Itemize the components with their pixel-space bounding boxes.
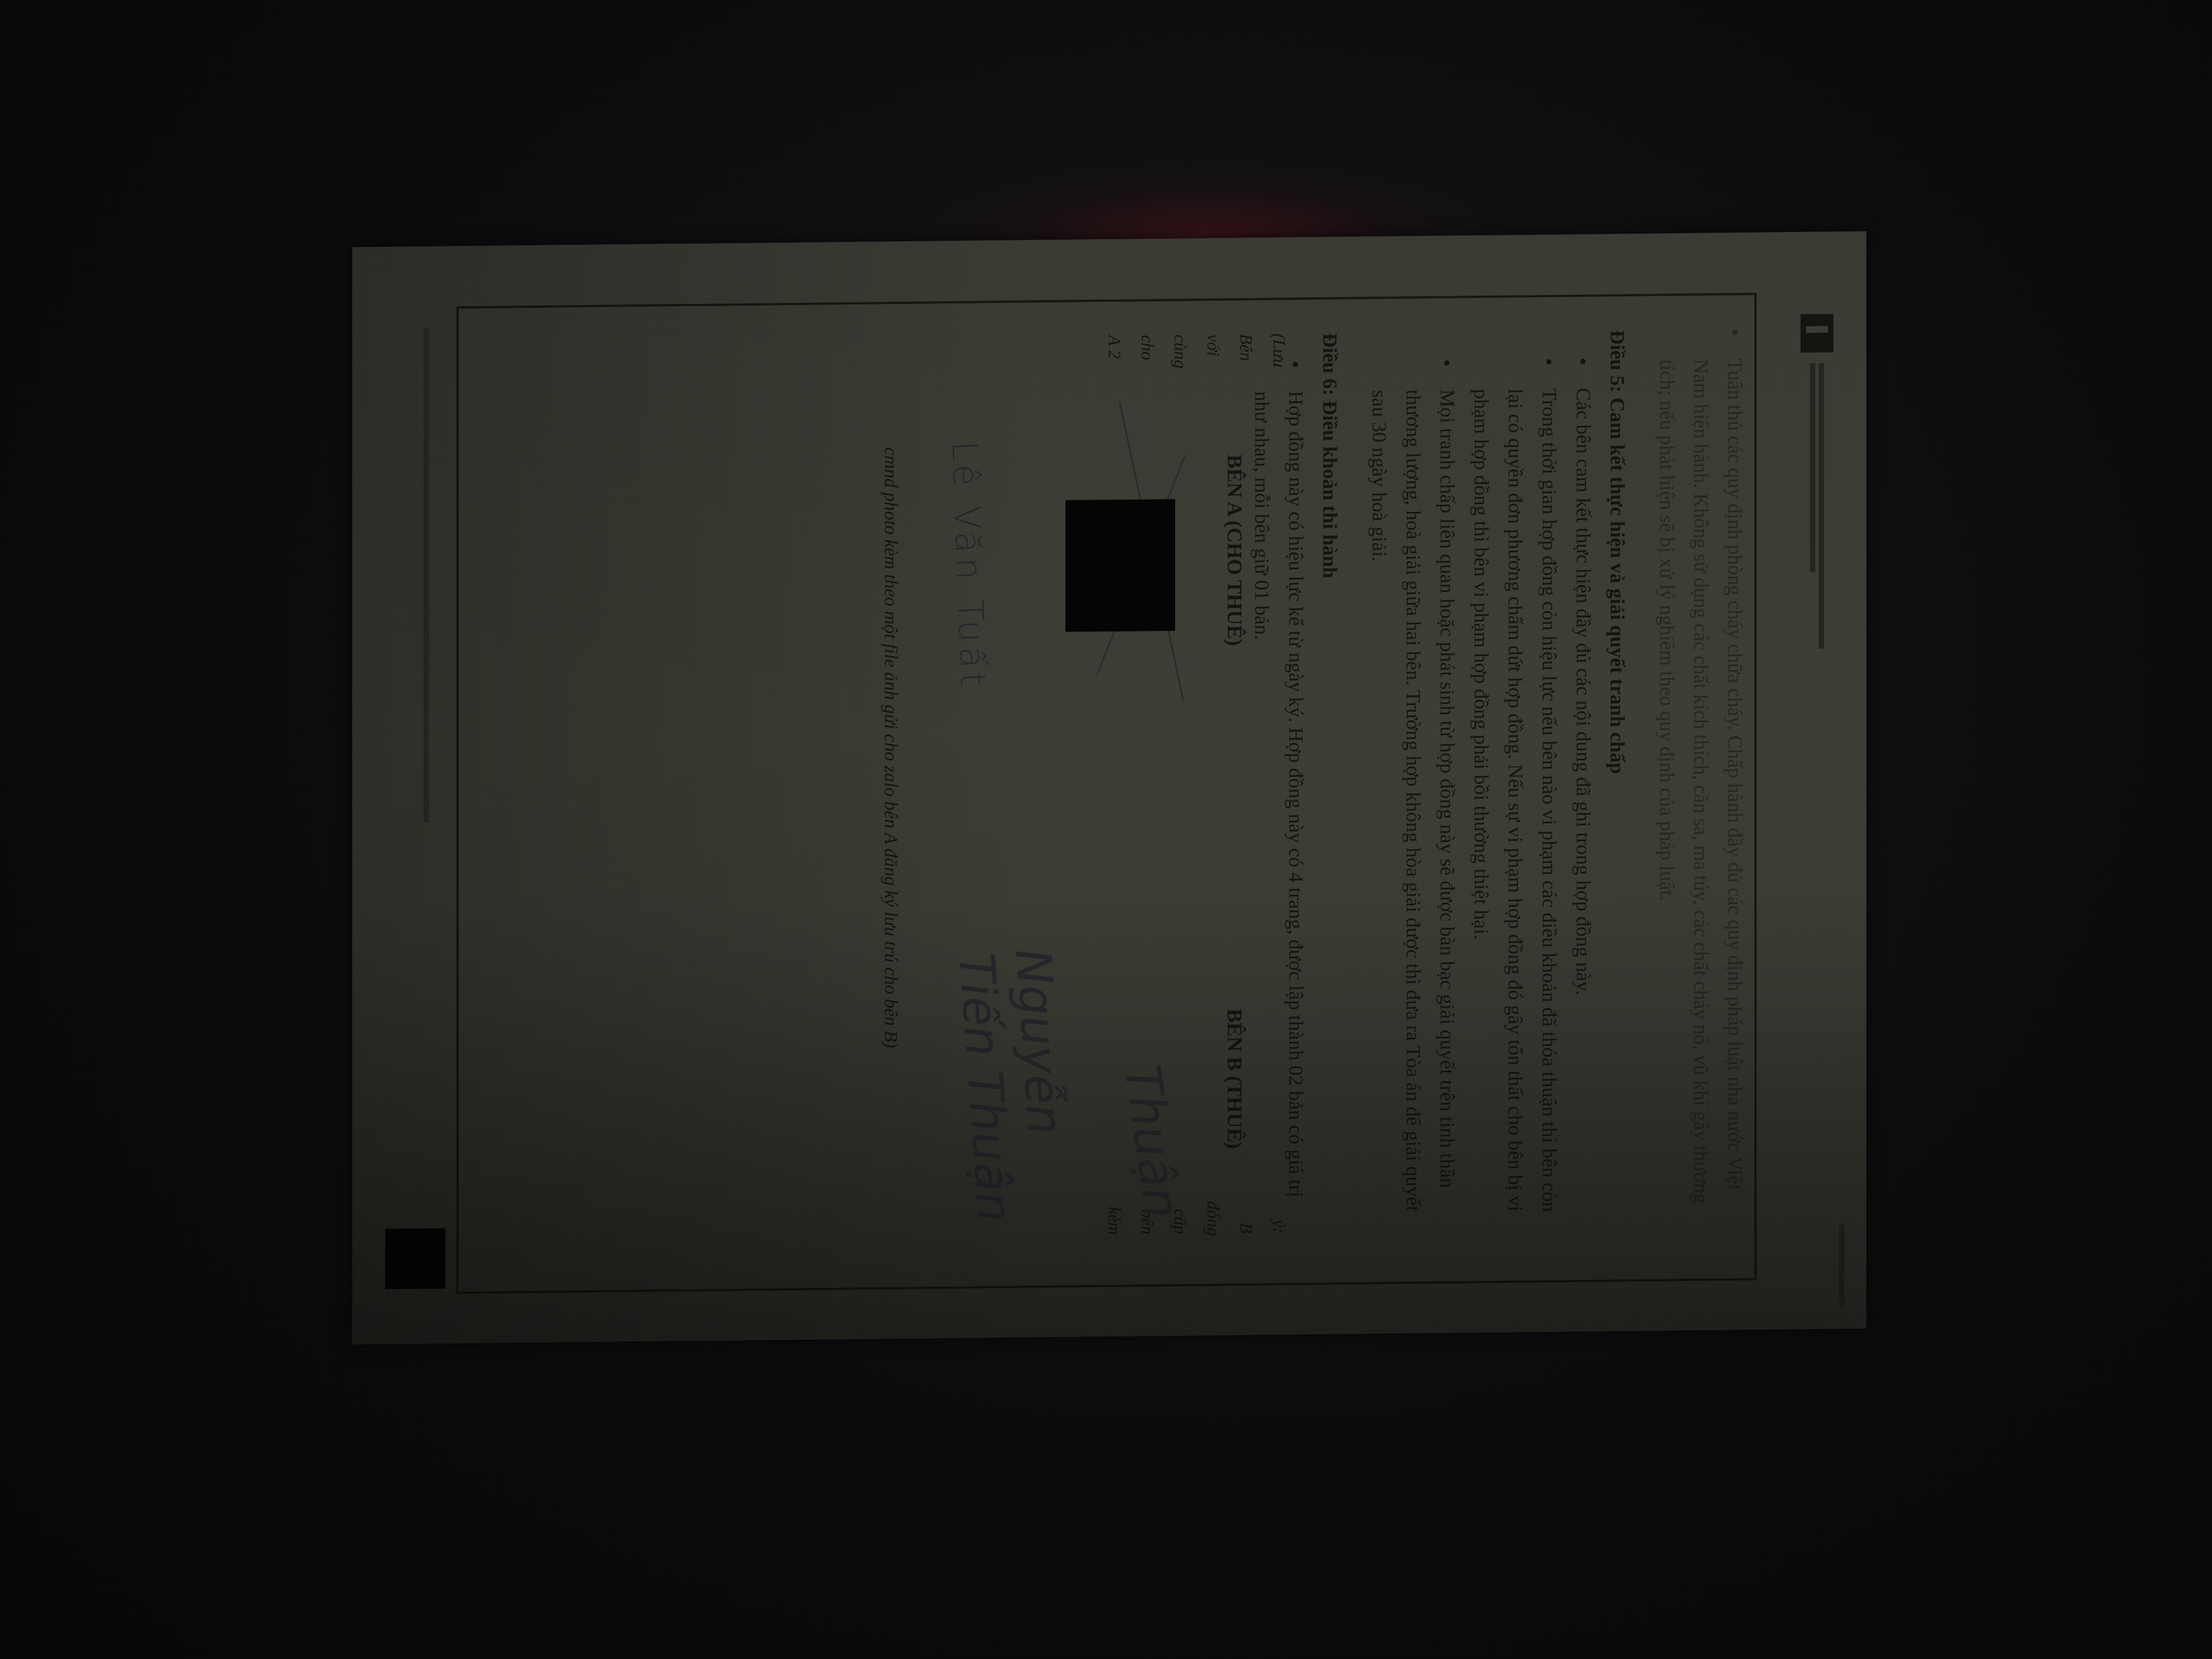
contract-body: Tuân thủ các quy định phòng cháy chữa ch…: [1244, 329, 1751, 1234]
contract-page: Tuân thủ các quy định phòng cháy chữa ch…: [352, 232, 1866, 1345]
company-logo-icon: [1801, 314, 1833, 353]
note-left-word: A 2: [1098, 335, 1131, 369]
note-right-word: ý:: [1263, 1200, 1296, 1233]
note-left-word: cùng: [1164, 334, 1197, 368]
note-column-left: (Lưu Bên với cùng cho A 2: [1098, 333, 1296, 368]
photo-document-wrapper: Tuân thủ các quy định phòng cháy chữa ch…: [352, 239, 1866, 1336]
company-info-lines: [1810, 363, 1824, 648]
signature-section: (Lưu Bên với cùng cho A 2 ý: B đóng cấp …: [802, 333, 1296, 1238]
note-right-word: đóng: [1197, 1201, 1230, 1234]
footnote-instruction: cmnd photo kèm theo một file ảnh gửi cho…: [880, 447, 901, 1048]
party-b-handwritten-name: Nguyễn Tiến Thuận: [948, 946, 1081, 1240]
intro-bullet: Tuân thủ các quy định phòng cháy chữa ch…: [1649, 329, 1751, 1229]
note-left-word: cho: [1131, 335, 1164, 368]
company-address-line: [1810, 364, 1815, 572]
party-b-signature: Thuận: [1113, 1061, 1191, 1222]
article-5-bullet-3: Mọi tranh chấp liên quan hoặc phát sinh …: [1362, 359, 1464, 1232]
page-header: [1790, 314, 1844, 1247]
note-left-word: (Lưu: [1263, 333, 1296, 366]
company-name-line: [1819, 363, 1824, 648]
page-footer: [424, 329, 429, 822]
note-left-word: với: [1197, 334, 1230, 368]
party-b-label: BÊN B (THUÊ): [1222, 1008, 1246, 1149]
article-5-heading: Điều 5: Cam kết thực hiện và giải quyết …: [1600, 330, 1634, 1230]
note-column-right: ý: B đóng cấp bên kèm: [1098, 1200, 1296, 1235]
article-5-bullet-2: Trong thời gian hợp đồng còn hiệu lực nế…: [1464, 358, 1566, 1231]
page-reference: [1839, 1224, 1844, 1307]
party-a-handwritten-name: Lê Văn Tuất: [944, 440, 993, 691]
redaction-box-corner: [385, 1228, 445, 1289]
party-a-label: BÊN A (CHO THUÊ): [1222, 454, 1246, 646]
note-right-word: B: [1230, 1200, 1263, 1234]
article-6-heading: Điều 6: Điều khoản thi hành: [1312, 332, 1346, 1233]
article-5-bullet-1: Các bên cam kết thực hiện đầy đủ các nội…: [1566, 358, 1600, 1231]
note-left-word: Bên: [1230, 334, 1263, 367]
redaction-box: [1065, 499, 1175, 632]
note-right-word: kèm: [1098, 1202, 1131, 1235]
